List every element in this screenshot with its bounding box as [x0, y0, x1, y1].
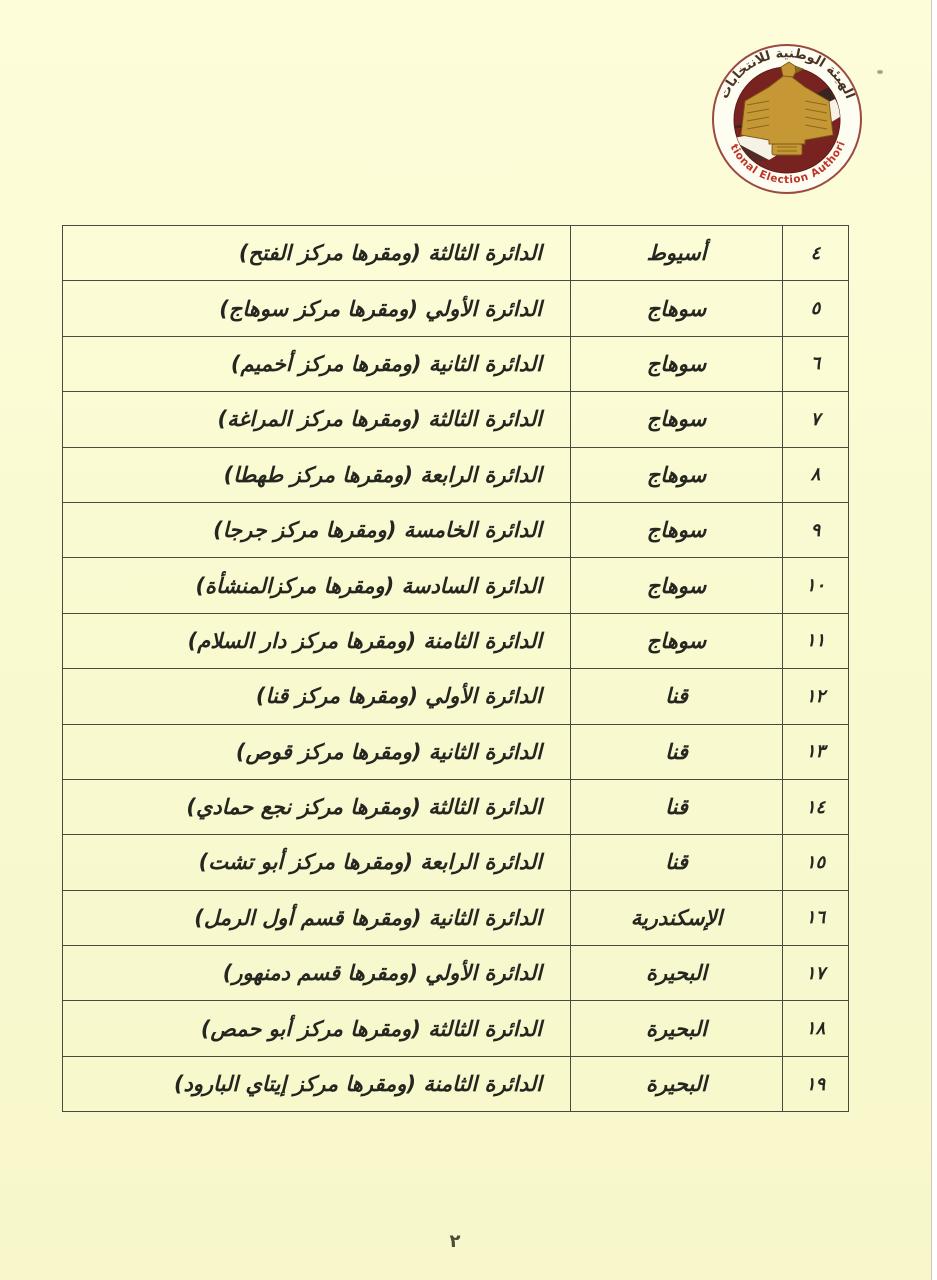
document-page: الهيئة الوطنية للانتخابات National Elect… [0, 0, 937, 1280]
row-number-cell: ١٠ [783, 558, 849, 613]
district-cell: الدائرة الأولي (ومقرها قسم دمنهور) [63, 946, 571, 1001]
governorate-cell: قنا [571, 779, 783, 834]
table-row: ١٤قناالدائرة الثالثة (ومقرها مركز نجع حم… [63, 779, 849, 834]
governorate-cell: الإسكندرية [571, 890, 783, 945]
table-row: ٩سوهاجالدائرة الخامسة (ومقرها مركز جرجا) [63, 502, 849, 557]
table-row: ٥سوهاجالدائرة الأولي (ومقرها مركز سوهاج) [63, 281, 849, 336]
district-cell: الدائرة الثامنة (ومقرها مركز دار السلام) [63, 613, 571, 668]
row-number-cell: ١٣ [783, 724, 849, 779]
district-cell: الدائرة الثانية (ومقرها مركز أخميم) [63, 336, 571, 391]
table-row: ٧سوهاجالدائرة الثالثة (ومقرها مركز المرا… [63, 392, 849, 447]
table-row: ١٥قناالدائرة الرابعة (ومقرها مركز أبو تش… [63, 835, 849, 890]
district-cell: الدائرة الرابعة (ومقرها مركز طهطا) [63, 447, 571, 502]
row-number-cell: ٦ [783, 336, 849, 391]
governorate-cell: سوهاج [571, 392, 783, 447]
governorate-cell: قنا [571, 835, 783, 890]
page-edge-shadow [931, 0, 937, 1280]
governorate-cell: سوهاج [571, 281, 783, 336]
district-cell: الدائرة الرابعة (ومقرها مركز أبو تشت) [63, 835, 571, 890]
row-number-cell: ٩ [783, 502, 849, 557]
district-cell: الدائرة الثانية (ومقرها قسم أول الرمل) [63, 890, 571, 945]
governorate-cell: سوهاج [571, 613, 783, 668]
district-cell: الدائرة الثالثة (ومقرها مركز المراغة) [63, 392, 571, 447]
governorate-cell: البحيرة [571, 1001, 783, 1056]
district-cell: الدائرة الأولي (ومقرها مركز سوهاج) [63, 281, 571, 336]
table-row: ١٣قناالدائرة الثانية (ومقرها مركز قوص) [63, 724, 849, 779]
governorate-cell: قنا [571, 669, 783, 724]
row-number-cell: ١٦ [783, 890, 849, 945]
district-cell: الدائرة الثالثة (ومقرها مركز أبو حمص) [63, 1001, 571, 1056]
row-number-cell: ١٨ [783, 1001, 849, 1056]
row-number-cell: ٨ [783, 447, 849, 502]
row-number-cell: ٧ [783, 392, 849, 447]
nea-logo: الهيئة الوطنية للانتخابات National Elect… [711, 43, 863, 195]
district-cell: الدائرة الثالثة (ومقرها مركز نجع حمادي) [63, 779, 571, 834]
districts-table-body: ٤أسيوطالدائرة الثالثة (ومقرها مركز الفتح… [63, 226, 849, 1112]
table-row: ١٠سوهاجالدائرة السادسة (ومقرها مركزالمنش… [63, 558, 849, 613]
district-cell: الدائرة الخامسة (ومقرها مركز جرجا) [63, 502, 571, 557]
districts-table: ٤أسيوطالدائرة الثالثة (ومقرها مركز الفتح… [62, 225, 849, 1112]
row-number-cell: ٤ [783, 226, 849, 281]
governorate-cell: البحيرة [571, 1056, 783, 1111]
governorate-cell: سوهاج [571, 558, 783, 613]
governorate-cell: سوهاج [571, 336, 783, 391]
table-row: ١٦الإسكندريةالدائرة الثانية (ومقرها قسم … [63, 890, 849, 945]
table-row: ٨سوهاجالدائرة الرابعة (ومقرها مركز طهطا) [63, 447, 849, 502]
table-row: ٤أسيوطالدائرة الثالثة (ومقرها مركز الفتح… [63, 226, 849, 281]
district-cell: الدائرة الأولي (ومقرها مركز قنا) [63, 669, 571, 724]
row-number-cell: ١٢ [783, 669, 849, 724]
governorate-cell: قنا [571, 724, 783, 779]
row-number-cell: ١٩ [783, 1056, 849, 1111]
scan-speck [877, 70, 883, 74]
governorate-cell: البحيرة [571, 946, 783, 1001]
table-row: ١٢قناالدائرة الأولي (ومقرها مركز قنا) [63, 669, 849, 724]
governorate-cell: سوهاج [571, 447, 783, 502]
table-row: ١١سوهاجالدائرة الثامنة (ومقرها مركز دار … [63, 613, 849, 668]
governorate-cell: أسيوط [571, 226, 783, 281]
district-cell: الدائرة الثالثة (ومقرها مركز الفتح) [63, 226, 571, 281]
district-cell: الدائرة الثامنة (ومقرها مركز إيتاي البار… [63, 1056, 571, 1111]
table-row: ١٧البحيرةالدائرة الأولي (ومقرها قسم دمنه… [63, 946, 849, 1001]
table-row: ١٩البحيرةالدائرة الثامنة (ومقرها مركز إي… [63, 1056, 849, 1111]
row-number-cell: ٥ [783, 281, 849, 336]
row-number-cell: ١٥ [783, 835, 849, 890]
district-cell: الدائرة الثانية (ومقرها مركز قوص) [63, 724, 571, 779]
district-cell: الدائرة السادسة (ومقرها مركزالمنشأة) [63, 558, 571, 613]
row-number-cell: ١١ [783, 613, 849, 668]
row-number-cell: ١٤ [783, 779, 849, 834]
table-row: ١٨البحيرةالدائرة الثالثة (ومقرها مركز أب… [63, 1001, 849, 1056]
page-number: ٢ [400, 1231, 510, 1252]
governorate-cell: سوهاج [571, 502, 783, 557]
table-row: ٦سوهاجالدائرة الثانية (ومقرها مركز أخميم… [63, 336, 849, 391]
row-number-cell: ١٧ [783, 946, 849, 1001]
